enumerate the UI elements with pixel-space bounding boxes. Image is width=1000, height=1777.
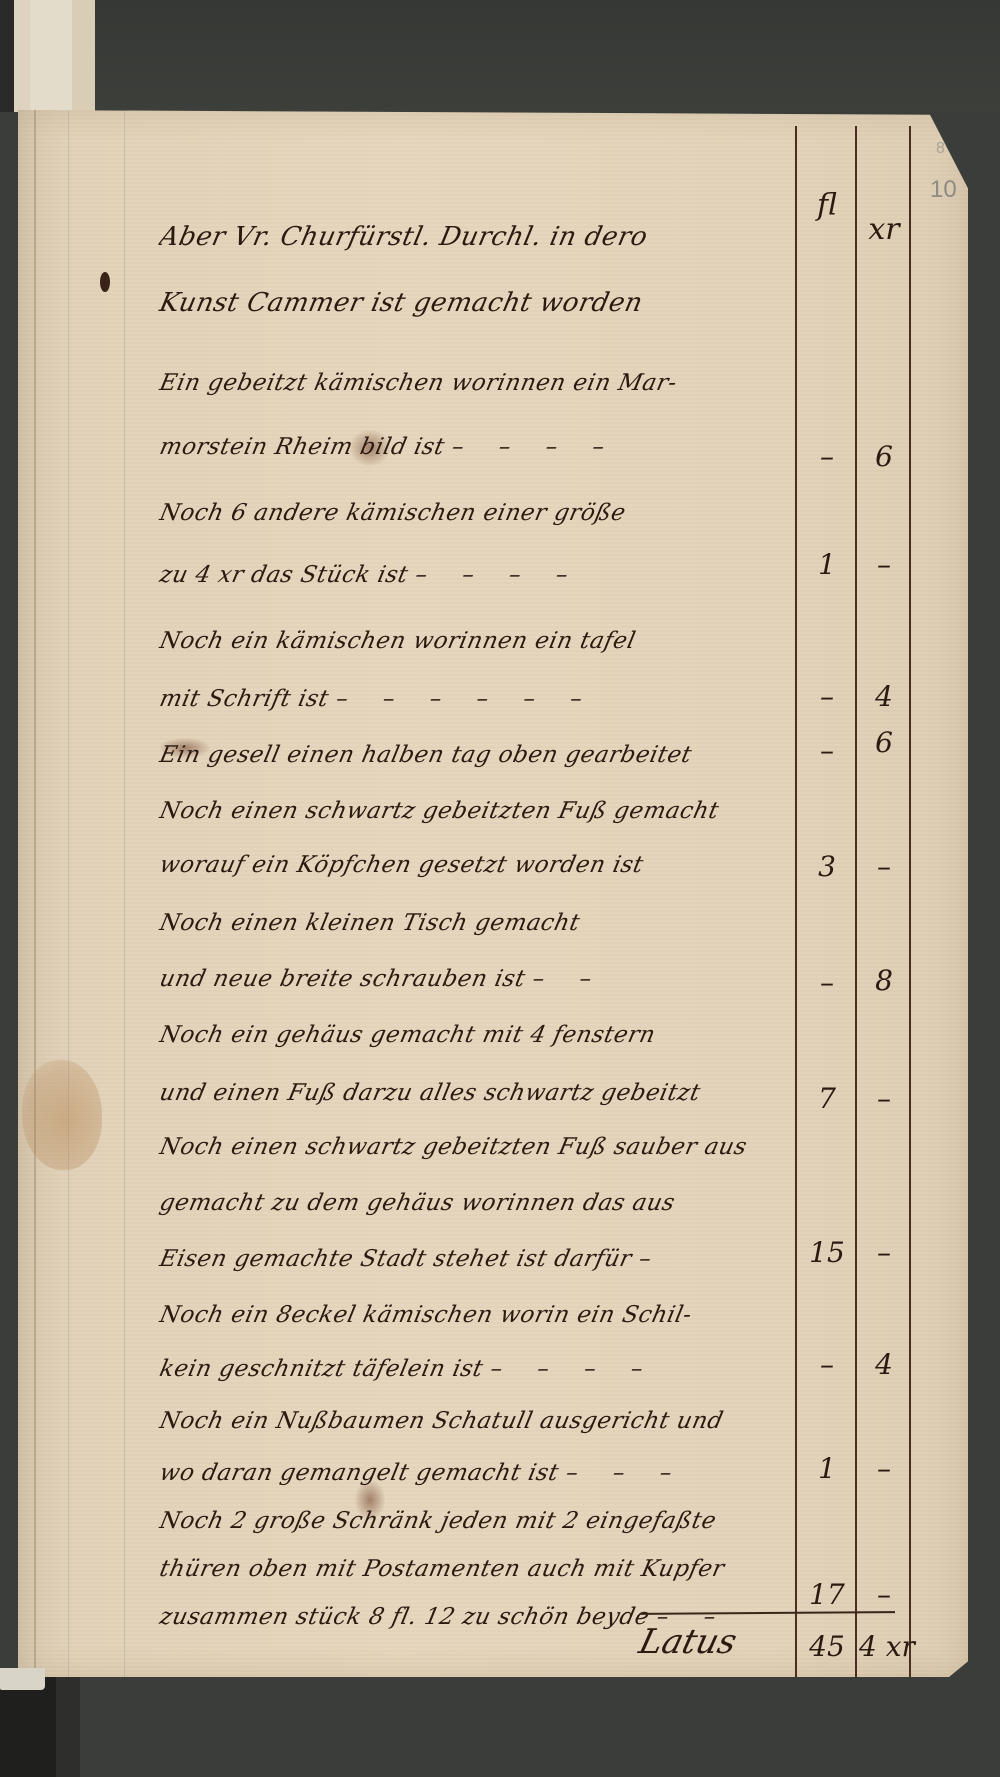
entry-line: worauf ein Köpfchen gesetzt worden ist <box>157 852 793 878</box>
column-header-fl: fl <box>798 188 856 223</box>
amount-xr: – <box>858 548 910 581</box>
entry-line: kein geschnitzt täfelein ist – – – – <box>157 1356 793 1382</box>
entry-line: Ein gebeitzt kämischen worinnen ein Mar- <box>157 370 793 396</box>
entry-text: morstein Rheim bild ist <box>157 434 447 460</box>
water-stain <box>22 1060 102 1170</box>
amount-fl: – <box>798 680 856 713</box>
entry-line: Noch einen schwartz gebeitzten Fuß gemac… <box>157 798 793 824</box>
entry-line: mit Schrift ist – – – – – – <box>157 686 793 712</box>
entry-line: zu 4 xr das Stück ist – – – – <box>157 562 793 588</box>
entry-line: morstein Rheim bild ist – – – – <box>157 434 793 460</box>
filler-dashes: – – – – <box>449 434 620 460</box>
filler-dashes: – – – – <box>488 1356 659 1382</box>
amount-fl: – <box>798 966 856 999</box>
column-rule-middle <box>855 126 857 1677</box>
heading-line-2: Kunst Cammer ist gemacht worden <box>157 288 793 318</box>
entry-line: Noch ein gehäus gemacht mit 4 fenstern <box>157 1022 793 1048</box>
entry-line: gemacht zu dem gehäus worinnen das aus <box>157 1190 793 1216</box>
folio-pencil-mark: 8 <box>936 140 945 158</box>
amount-fl: – <box>798 1348 856 1381</box>
amount-fl: 17 <box>798 1578 856 1611</box>
entry-line: Ein gesell einen halben tag oben gearbei… <box>157 742 793 768</box>
amount-xr: 4 <box>858 1348 910 1381</box>
total-fl: 45 <box>798 1630 856 1663</box>
amount-xr: 6 <box>858 726 910 759</box>
paper-tab <box>0 1668 45 1690</box>
ledger-page <box>18 110 968 1677</box>
binding-edge-bottom <box>0 1675 80 1777</box>
entry-text: kein geschnitzt täfelein ist <box>157 1356 485 1382</box>
total-xr: 4 xr <box>852 1630 922 1663</box>
binding-edge-top <box>0 0 95 112</box>
entry-text: Eisen gemachte Stadt stehet ist darfür <box>157 1246 634 1272</box>
entry-line: und neue breite schrauben ist – – <box>157 966 793 992</box>
total-label: Latus <box>635 1622 795 1662</box>
amount-fl: 7 <box>798 1082 856 1115</box>
entry-line: Noch ein kämischen worinnen ein tafel <box>157 628 793 654</box>
entry-text: mit Schrift ist <box>157 686 331 712</box>
amount-fl: 1 <box>798 1452 856 1485</box>
scan-backdrop <box>95 0 1000 112</box>
amount-fl: – <box>798 734 856 767</box>
amount-xr: 8 <box>858 964 910 997</box>
amount-xr: 4 <box>858 680 910 713</box>
entry-text: wo daran gemangelt gemacht ist <box>157 1460 561 1486</box>
entry-line: Noch 6 andere kämischen einer größe <box>157 500 793 526</box>
pencil-margin-line <box>124 110 125 1677</box>
filler-dashes: – <box>637 1246 668 1272</box>
amount-xr: – <box>858 1578 910 1611</box>
amount-fl: – <box>798 440 856 473</box>
entry-line: Eisen gemachte Stadt stehet ist darfür – <box>157 1246 793 1272</box>
entry-line: Noch einen schwartz gebeitzten Fuß saube… <box>157 1134 793 1160</box>
column-rule-right <box>909 126 911 1677</box>
amount-xr: – <box>858 1082 910 1115</box>
entry-line: Noch ein Nußbaumen Schatull ausgericht u… <box>157 1408 793 1434</box>
amount-fl: 15 <box>798 1236 856 1269</box>
folio-number: 10 <box>930 176 957 204</box>
filler-dashes: – – – <box>564 1460 689 1486</box>
column-header-xr: xr <box>858 212 910 247</box>
filler-dashes: – – <box>530 966 608 992</box>
amount-fl: 1 <box>798 548 856 581</box>
amount-xr: – <box>858 1452 910 1485</box>
entry-text: und neue breite schrauben ist <box>157 966 528 992</box>
amount-fl: 3 <box>798 850 856 883</box>
entry-text: zu 4 xr das Stück ist <box>157 562 410 588</box>
column-rule-left <box>795 126 797 1677</box>
entry-line: Noch einen kleinen Tisch gemacht <box>157 910 793 936</box>
filler-dashes: – – – – – – <box>334 686 599 712</box>
entry-line: thüren oben mit Postamenten auch mit Kup… <box>157 1556 793 1582</box>
amount-xr: 6 <box>858 440 910 473</box>
ink-blot <box>100 272 110 292</box>
heading-line-1: Aber Vr. Churfürstl. Durchl. in dero <box>157 222 793 252</box>
entry-line: Noch ein 8eckel kämischen worin ein Schi… <box>157 1302 793 1328</box>
entry-line: Noch 2 große Schränk jeden mit 2 eingefa… <box>157 1508 793 1534</box>
pencil-margin-line <box>68 110 69 1677</box>
entry-line: wo daran gemangelt gemacht ist – – – <box>157 1460 793 1486</box>
amount-xr: – <box>858 850 910 883</box>
entry-line: und einen Fuß darzu alles schwartz gebei… <box>157 1080 793 1106</box>
page-fold-line <box>34 110 36 1677</box>
entry-text: zusammen stück 8 fl. 12 zu schön beyde <box>157 1604 652 1630</box>
filler-dashes: – – – – <box>413 562 584 588</box>
amount-xr: – <box>858 1236 910 1269</box>
